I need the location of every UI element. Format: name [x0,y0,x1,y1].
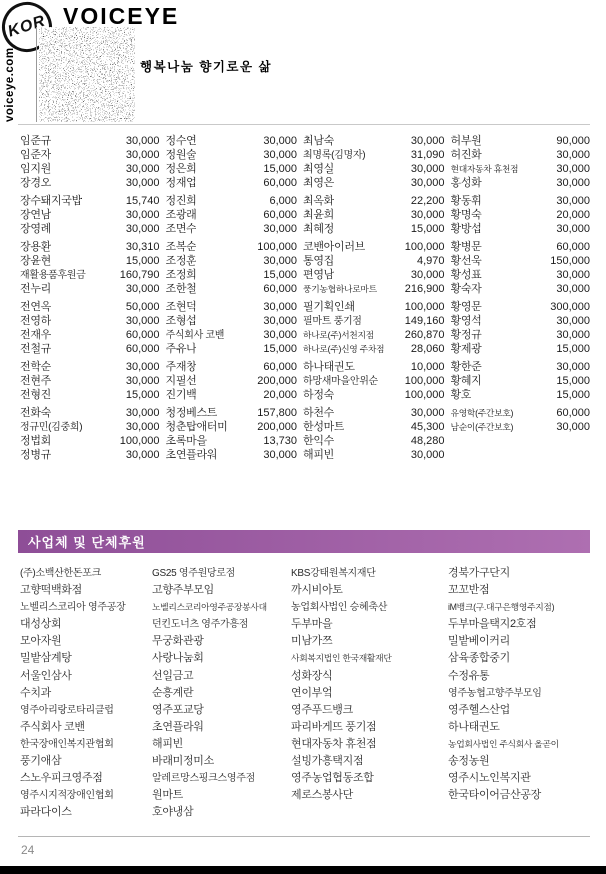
donor-name: 전연옥 [20,300,51,314]
business-item: GS25 영주원당로점 [152,565,291,582]
donor-row: 황혜지15,000 [451,374,591,388]
donor-row: 조형섭30,000 [166,314,298,328]
donor-amount: 30,000 [122,176,160,190]
donor-amount: 15,000 [122,254,160,268]
donor-amount: 100,000 [401,388,445,402]
donor-row: 전학순30,000 [20,360,160,374]
donor-amount: 30,000 [259,254,297,268]
donor-name: 조현덕 [166,300,197,314]
donor-amount: 60,000 [259,282,297,296]
business-item: 영주농업협동조합 [291,770,448,787]
donor-amount: 45,300 [407,420,445,434]
donor-amount: 30,000 [122,148,160,162]
donor-amount: 15,000 [259,162,297,176]
donor-amount: 157,800 [253,406,297,420]
donor-row: 장영례30,000 [20,222,160,236]
donor-amount: 60,000 [122,342,160,356]
business-item: 수정유통 [448,668,590,685]
donor-name: 허진화 [451,148,482,162]
header-divider [18,124,590,125]
donor-amount: 30,000 [552,194,590,208]
donor-row: 최명록(김명자)31,090 [303,148,444,162]
donor-name: 필기획인쇄 [303,300,355,314]
donor-amount: 30,310 [122,240,160,254]
business-item: 사회복지법인 한국재활재단 [291,650,448,667]
donor-column-4: 허부원90,000허진화30,000현대자동차 휴천점30,000홍성화30,0… [451,134,591,462]
donor-name: 하나태권도 [303,360,355,374]
page-number: 24 [21,843,34,857]
donor-amount: 4,970 [413,254,445,268]
donor-row: 조현덕30,000 [166,300,298,314]
business-item: 두부마을 [291,616,448,633]
donor-amount: 20,000 [552,208,590,222]
donor-amount: 60,000 [122,328,160,342]
donor-amount: 100,000 [253,240,297,254]
donor-row: 조한철60,000 [166,282,298,296]
business-item: 파리바게뜨 풍기점 [291,719,448,736]
donor-row: 최혜정15,000 [303,222,444,236]
business-item: 제로스봉사단 [291,787,448,804]
business-item: 농업회사법인 주식회사 올곧이 [448,736,590,753]
donor-name: 황호 [451,388,472,402]
donor-row: 필마트 풍기점149,160 [303,314,444,328]
donor-amount: 30,000 [552,176,590,190]
donor-name: 청춘탑애터미 [166,420,228,434]
donor-name: 통영집 [303,254,334,268]
donor-amount: 30,000 [407,268,445,282]
donor-row: 정규민(김중희)30,000 [20,420,160,434]
donor-name: 지필선 [166,374,197,388]
donor-row: 황제광15,000 [451,342,591,356]
document-page: KOR VOICEYE /// voiceye.com [0,0,606,874]
donor-name: 청정베스트 [166,406,218,420]
donor-row: 정법회100,000 [20,434,160,448]
donor-row: 허진화30,000 [451,148,591,162]
donor-amount: 15,000 [552,342,590,356]
donor-name: 황한준 [451,360,482,374]
donor-name: 현대자동차 휴천점 [451,162,519,176]
business-item: 초연플라워 [152,719,291,736]
donor-name: 장영례 [20,222,51,236]
donor-amount: 30,000 [552,314,590,328]
donor-amount: 30,000 [259,300,297,314]
donor-name: 코밴아이러브 [303,240,365,254]
donor-row: 정병규30,000 [20,448,160,462]
donor-row: 최옥화22,200 [303,194,444,208]
donor-amount: 13,730 [259,434,297,448]
business-item: 호야냉삼 [152,804,291,821]
donor-row: 임준규30,000 [20,134,160,148]
donor-name: 하천수 [303,406,334,420]
donor-name: 황영석 [451,314,482,328]
business-item: 영주아리랑로타리클럽 [20,702,152,719]
donor-row: 전현주30,000 [20,374,160,388]
business-item: 까시비아토 [291,582,448,599]
donor-row: 최윤희30,000 [303,208,444,222]
donor-row: 조정훈30,000 [166,254,298,268]
donor-amount: 15,000 [122,388,160,402]
donor-amount: 30,000 [552,328,590,342]
donor-name: 황명숙 [451,208,482,222]
donor-name: 주식회사 코밴 [166,329,225,343]
donor-row: 전화숙30,000 [20,406,160,420]
donor-amount: 30,000 [552,282,590,296]
donor-amount: 30,000 [122,282,160,296]
donor-row: 한성마트45,300 [303,420,444,434]
donor-name: 재활용품후원금 [20,269,86,283]
business-item: 주식회사 코밴 [20,719,152,736]
donor-row: 장용환30,310 [20,240,160,254]
donor-row: 정은희15,000 [166,162,298,176]
donor-name: 황병문 [451,240,482,254]
donor-row: 현대자동차 휴천점30,000 [451,162,591,176]
donor-amount: 60,000 [259,208,297,222]
business-item: 경북가구단지 [448,565,590,582]
donor-amount: 30,000 [122,134,160,148]
donor-row: 장경오30,000 [20,176,160,190]
donor-row: 장수돼지국밥15,740 [20,194,160,208]
donor-name: 최영은 [303,176,334,190]
donor-amount: 30,000 [122,420,160,434]
donor-name: 황영문 [451,300,482,314]
donor-name: 정원술 [166,148,197,162]
donor-name: 최옥화 [303,194,334,208]
business-item: 현대자동차 휴천점 [291,736,448,753]
donor-name: 전재우 [20,328,51,342]
business-item: 해피빈 [152,736,291,753]
donor-row: 해피빈30,000 [303,448,444,462]
donor-amount: 30,000 [122,208,160,222]
donor-row: 허부원90,000 [451,134,591,148]
donor-name: 정병규 [20,448,51,462]
donor-name: 황정규 [451,328,482,342]
donor-row: 지필선200,000 [166,374,298,388]
donor-row: 코밴아이러브100,000 [303,240,444,254]
donor-amount: 30,000 [552,360,590,374]
donor-row: 황성표30,000 [451,268,591,282]
donor-name: 허부원 [451,134,482,148]
donor-row: 하나로(주)서천지점260,870 [303,328,444,342]
donor-amount: 60,000 [552,406,590,420]
donor-row: 최영실30,000 [303,162,444,176]
business-item: 사랑나눔회 [152,650,291,667]
donor-amount: 30,000 [407,162,445,176]
donor-name: 황숙자 [451,282,482,296]
donor-column-3: 최남숙30,000최명록(김명자)31,090최영실30,000최영은30,00… [303,134,444,462]
donor-amount: 30,000 [407,448,445,462]
donor-amount: 31,090 [407,148,445,162]
donor-name: 필마트 풍기점 [303,315,362,329]
business-item: 영주헬스산업 [448,702,590,719]
donor-amount: 60,000 [259,360,297,374]
donor-row: 임지원30,000 [20,162,160,176]
donor-row: 정재업60,000 [166,176,298,190]
donor-amount: 30,000 [259,148,297,162]
donor-row: 황동휘30,000 [451,194,591,208]
donor-amount: 60,000 [259,176,297,190]
donor-row: 하망새마을안위순100,000 [303,374,444,388]
donor-row: 하나로(주)신영 주차점28,060 [303,342,444,356]
donor-amount: 15,000 [407,222,445,236]
business-item: 영주농협고향주부모임 [448,685,590,702]
business-column-1: (주)소백산한돈포크고향떡백화점노벨리스코리아 영주공장대성상회모아자원밀밭삼계… [20,565,152,821]
donor-name: 최혜정 [303,222,334,236]
donor-row: 유영학(주간보호)60,000 [451,406,591,420]
business-list: (주)소백산한돈포크고향떡백화점노벨리스코리아 영주공장대성상회모아자원밀밭삼계… [20,565,590,821]
business-item: 서울인삼사 [20,668,152,685]
business-item: 원마트 [152,787,291,804]
donor-amount: 28,060 [407,342,445,356]
donor-name: 진기백 [166,388,197,402]
donor-name: 조복순 [166,240,197,254]
donor-amount: 30,000 [552,420,590,434]
business-item: 바래미정미소 [152,753,291,770]
donor-column-1: 임준규30,000임준자30,000임지원30,000장경오30,000장수돼지… [20,134,160,462]
business-item: 수치과 [20,685,152,702]
business-item: 던킨도너츠 영주가흥점 [152,616,291,633]
business-item: 영주포교당 [152,702,291,719]
donor-name: 황선욱 [451,254,482,268]
donor-name: 임준자 [20,148,51,162]
donor-name: 황제광 [451,342,482,356]
donor-amount: 15,000 [259,342,297,356]
website-vertical-label: voiceye.com [4,30,16,122]
donor-row: 풍기농협하나로마트216,900 [303,282,444,296]
donor-row: 조광래60,000 [166,208,298,222]
donor-name: 초연플라워 [166,448,218,462]
donor-row: 진기백20,000 [166,388,298,402]
donor-amount: 30,000 [552,148,590,162]
donor-amount: 30,000 [259,222,297,236]
donor-amount: 160,790 [116,268,160,282]
donor-amount: 200,000 [253,420,297,434]
donor-amount: 150,000 [546,254,590,268]
donor-amount: 30,000 [407,176,445,190]
business-item: 하나태권도 [448,719,590,736]
business-item: 미남가쯔 [291,633,448,650]
donor-row: 주유나15,000 [166,342,298,356]
donor-amount: 50,000 [122,300,160,314]
business-item: 송정농원 [448,753,590,770]
donor-name: 정수연 [166,134,197,148]
donor-name: 장윤현 [20,254,51,268]
donor-row: 황한준30,000 [451,360,591,374]
donor-name: 조정희 [166,268,197,282]
business-item: 고향주부모임 [152,582,291,599]
donor-name: 하나로(주)신영 주차점 [303,342,384,356]
donor-name: 남순이(주간보호) [451,420,514,434]
business-column-4: 경북가구단지꼬꼬반점iM뱅크(구.대구은행영주지점)두부마을택지2호점밀밭베이커… [448,565,590,821]
donor-amount: 90,000 [552,134,590,148]
page-header: KOR VOICEYE /// voiceye.com [0,0,606,130]
business-item: 연이부엌 [291,685,448,702]
donor-amount: 200,000 [253,374,297,388]
donor-name: 장연남 [20,208,51,222]
donor-name: 유영학(주간보호) [451,406,514,420]
donor-name: 정법회 [20,434,51,448]
voiceye-logo-text: VOICEYE [63,3,179,30]
business-item: KBS강태원복지재단 [291,565,448,582]
donor-row: 황명숙20,000 [451,208,591,222]
donor-name: 정은희 [166,162,197,176]
donor-name: 정규민(김중희) [20,421,82,435]
donor-amount: 30,000 [122,406,160,420]
donor-name: 풍기농협하나로마트 [303,282,377,296]
donor-name: 해피빈 [303,448,334,462]
donor-name: 임준규 [20,134,51,148]
donor-name: 조광래 [166,208,197,222]
donor-row: 하정숙100,000 [303,388,444,402]
business-item: 고향떡백화점 [20,582,152,599]
donor-row: 전영하30,000 [20,314,160,328]
donor-row: 황숙자30,000 [451,282,591,296]
business-column-3: KBS강태원복지재단까시비아토농업회사법인 승혜축산두부마을미남가쯔사회복지법인… [291,565,448,821]
footer-divider [18,836,590,837]
donor-row: 전재우60,000 [20,328,160,342]
donor-amount: 30,000 [552,162,590,176]
business-item: 성화장식 [291,668,448,685]
donor-list: 임준규30,000임준자30,000임지원30,000장경오30,000장수돼지… [20,134,590,462]
donor-amount: 15,740 [122,194,160,208]
donor-name: 장용환 [20,240,51,254]
business-item: 무궁화관광 [152,633,291,650]
business-item: 모아자원 [20,633,152,650]
business-item: 밀밭베이커리 [448,633,590,650]
donor-row: 황영석30,000 [451,314,591,328]
donor-row: 최영은30,000 [303,176,444,190]
donor-row: 전누리30,000 [20,282,160,296]
donor-amount: 22,200 [407,194,445,208]
donor-amount: 30,000 [407,406,445,420]
donor-row: 최남숙30,000 [303,134,444,148]
donor-amount: 30,000 [259,134,297,148]
donor-amount: 30,000 [259,328,297,342]
donor-name: 한성마트 [303,420,344,434]
donor-amount: 100,000 [401,240,445,254]
donor-row: 주식회사 코밴30,000 [166,328,298,342]
donor-row: 청정베스트157,800 [166,406,298,420]
donor-row: 청춘탑애터미200,000 [166,420,298,434]
donor-row: 정원술30,000 [166,148,298,162]
donor-name: 장경오 [20,176,51,190]
donor-amount: 60,000 [552,240,590,254]
donor-row: 통영집4,970 [303,254,444,268]
donor-row: 주재창60,000 [166,360,298,374]
donor-name: 최남숙 [303,134,334,148]
business-item: 순흥계란 [152,685,291,702]
donor-row: 황선욱150,000 [451,254,591,268]
donor-row: 조정희15,000 [166,268,298,282]
donor-name: 정재업 [166,176,197,190]
donor-amount: 15,000 [259,268,297,282]
donor-name: 하나로(주)서천지점 [303,328,374,342]
donor-name: 장수돼지국밥 [20,194,82,208]
donor-name: 임지원 [20,162,51,176]
donor-row: 황병문60,000 [451,240,591,254]
donor-row: 하천수30,000 [303,406,444,420]
donor-amount: 48,280 [407,434,445,448]
donor-row: 황호15,000 [451,388,591,402]
donor-column-2: 정수연30,000정원술30,000정은희15,000정재업60,000정진희6… [166,134,298,462]
donor-name: 주재창 [166,360,197,374]
business-item: 알레르망스핑크스영주점 [152,770,291,787]
donor-amount: 10,000 [407,360,445,374]
business-section-title: 사업체 및 단체후원 [18,532,146,551]
donor-row: 조면수30,000 [166,222,298,236]
business-item: 꼬꼬반점 [448,582,590,599]
business-item: 농업회사법인 승혜축산 [291,599,448,616]
voiceye-code-pattern-icon [36,27,135,122]
donor-amount: 15,000 [552,374,590,388]
donor-name: 황동휘 [451,194,482,208]
business-item: iM뱅크(구.대구은행영주지점) [448,599,590,616]
donor-name: 최윤희 [303,208,334,222]
donor-name: 편영남 [303,268,334,282]
business-item: 선일금고 [152,668,291,685]
donor-row: 전연옥50,000 [20,300,160,314]
donor-name: 최명록(김명자) [303,149,365,163]
donor-name: 황방섭 [451,222,482,236]
donor-name: 하정숙 [303,388,334,402]
donor-name: 조한철 [166,282,197,296]
business-item: 영주시지적장애인협회 [20,787,152,804]
donor-amount: 30,000 [552,222,590,236]
business-item: 한국타이어금산공장 [448,787,590,804]
donor-row: 장윤현15,000 [20,254,160,268]
donor-amount: 6,000 [266,194,298,208]
donor-row: 황방섭30,000 [451,222,591,236]
donor-name: 전철규 [20,342,51,356]
donor-name: 전형진 [20,388,51,402]
donor-amount: 30,000 [122,314,160,328]
donor-name: 전현주 [20,374,51,388]
donor-name: 초록마을 [166,434,207,448]
donor-row: 한익수48,280 [303,434,444,448]
donor-name: 전학순 [20,360,51,374]
donor-name: 최영실 [303,162,334,176]
donor-name: 황혜지 [451,374,482,388]
business-item: 노벨리스코리아영주공장봉사대 [152,599,291,616]
donor-name: 하망새마을안위순 [303,375,378,389]
donor-name: 정진희 [166,194,197,208]
donor-name: 황성표 [451,268,482,282]
donor-name: 전영하 [20,314,51,328]
donor-amount: 30,000 [407,134,445,148]
donor-name: 조형섭 [166,314,197,328]
business-item: 삼육종합중기 [448,650,590,667]
donor-amount: 30,000 [552,268,590,282]
business-item: 노벨리스코리아 영주공장 [20,599,152,616]
donor-amount: 300,000 [546,300,590,314]
donor-row: 편영남30,000 [303,268,444,282]
donor-amount: 15,000 [552,388,590,402]
business-item: 풍기애삼 [20,753,152,770]
page-bottom-strip [0,866,606,874]
donor-name: 조면수 [166,222,197,236]
donor-row: 필기획인쇄100,000 [303,300,444,314]
donor-row: 황정규30,000 [451,328,591,342]
donor-row: 홍성화30,000 [451,176,591,190]
donor-amount: 100,000 [401,374,445,388]
donor-amount: 100,000 [401,300,445,314]
donor-amount: 30,000 [259,314,297,328]
donor-row: 장연남30,000 [20,208,160,222]
donor-amount: 260,870 [401,328,445,342]
business-item: 스노우피크영주점 [20,770,152,787]
business-item: 파라다이스 [20,804,152,821]
donor-amount: 30,000 [259,448,297,462]
business-column-2: GS25 영주원당로점고향주부모임노벨리스코리아영주공장봉사대던킨도너츠 영주가… [152,565,291,821]
